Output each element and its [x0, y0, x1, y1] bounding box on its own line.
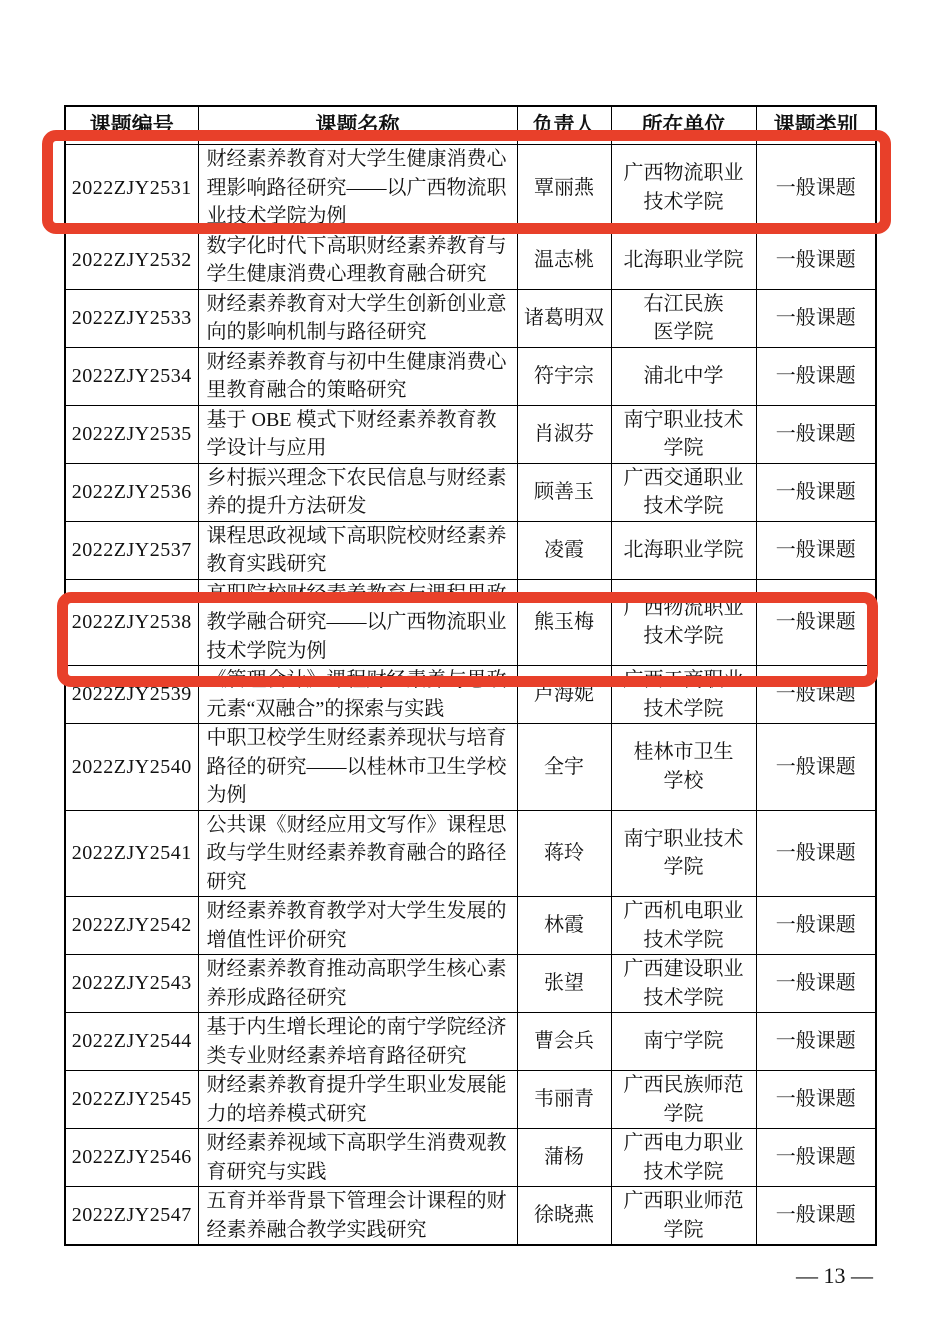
- unit-cell: 广西电力职业 技术学院: [611, 1129, 756, 1187]
- table-row: 2022ZJY2534 财经素养教育与初中生健康消费心里教育融合的策略研究 符宇…: [65, 347, 876, 405]
- project-id-cell: 2022ZJY2531: [65, 145, 198, 232]
- category-cell: 一般课题: [756, 1071, 876, 1129]
- project-title-cell: 财经素养教育与初中生健康消费心里教育融合的策略研究: [198, 347, 517, 405]
- table-row: 2022ZJY2542 财经素养教育教学对大学生发展的增值性评价研究 林霞 广西…: [65, 897, 876, 955]
- category-cell: 一般课题: [756, 289, 876, 347]
- project-id-cell: 2022ZJY2543: [65, 955, 198, 1013]
- table-row: 2022ZJY2544 基于内生增长理论的南宁学院经济类专业财经素养培育路径研究…: [65, 1013, 876, 1071]
- unit-cell: 广西工商职业 技术学院: [611, 666, 756, 724]
- project-id-cell: 2022ZJY2532: [65, 231, 198, 289]
- table-row: 2022ZJY2532 数字化时代下高职财经素养教育与学生健康消费心理教育融合研…: [65, 231, 876, 289]
- leader-cell: 卢海妮: [517, 666, 611, 724]
- unit-cell: 南宁职业技术 学院: [611, 810, 756, 897]
- category-cell: 一般课题: [756, 955, 876, 1013]
- unit-cell: 北海职业学院: [611, 231, 756, 289]
- leader-cell: 曹会兵: [517, 1013, 611, 1071]
- category-cell: 一般课题: [756, 724, 876, 811]
- unit-cell: 浦北中学: [611, 347, 756, 405]
- project-title-cell: 财经素养教育对大学生健康消费心理影响路径研究——以广西物流职业技术学院为例: [198, 145, 517, 232]
- leader-cell: 顾善玉: [517, 463, 611, 521]
- category-cell: 一般课题: [756, 897, 876, 955]
- table-row: 2022ZJY2539 《管理会计》课程财经素养与思政元素“双融合”的探索与实践…: [65, 666, 876, 724]
- unit-cell: 北海职业学院: [611, 521, 756, 579]
- category-cell: 一般课题: [756, 810, 876, 897]
- project-title-cell: 基于内生增长理论的南宁学院经济类专业财经素养培育路径研究: [198, 1013, 517, 1071]
- project-title-cell: 五育并举背景下管理会计课程的财经素养融合教学实践研究: [198, 1187, 517, 1246]
- table-row: 2022ZJY2545 财经素养教育提升学生职业发展能力的培养模式研究 韦丽青 …: [65, 1071, 876, 1129]
- table-row: 2022ZJY2531 财经素养教育对大学生健康消费心理影响路径研究——以广西物…: [65, 145, 876, 232]
- project-title-cell: 课程思政视域下高职院校财经素养教育实践研究: [198, 521, 517, 579]
- category-cell: 一般课题: [756, 1187, 876, 1246]
- leader-cell: 诸葛明双: [517, 289, 611, 347]
- unit-cell: 广西物流职业 技术学院: [611, 145, 756, 232]
- project-id-cell: 2022ZJY2541: [65, 810, 198, 897]
- category-cell: 一般课题: [756, 666, 876, 724]
- project-id-cell: 2022ZJY2533: [65, 289, 198, 347]
- unit-cell: 右江民族 医学院: [611, 289, 756, 347]
- leader-cell: 徐晓燕: [517, 1187, 611, 1246]
- unit-cell: 广西物流职业 技术学院: [611, 579, 756, 666]
- category-cell: 一般课题: [756, 231, 876, 289]
- unit-cell: 广西建设职业 技术学院: [611, 955, 756, 1013]
- unit-cell: 桂林市卫生 学校: [611, 724, 756, 811]
- project-title-cell: 乡村振兴理念下农民信息与财经素养的提升方法研发: [198, 463, 517, 521]
- unit-cell: 广西交通职业 技术学院: [611, 463, 756, 521]
- table-row: 2022ZJY2535 基于 OBE 模式下财经素养教育教学设计与应用 肖淑芬 …: [65, 405, 876, 463]
- category-cell: 一般课题: [756, 145, 876, 232]
- category-cell: 一般课题: [756, 1013, 876, 1071]
- category-cell: 一般课题: [756, 463, 876, 521]
- table-row: 2022ZJY2547 五育并举背景下管理会计课程的财经素养融合教学实践研究 徐…: [65, 1187, 876, 1246]
- project-id-cell: 2022ZJY2539: [65, 666, 198, 724]
- project-title-cell: 数字化时代下高职财经素养教育与学生健康消费心理教育融合研究: [198, 231, 517, 289]
- table-row: 2022ZJY2540 中职卫校学生财经素养现状与培育路径的研究——以桂林市卫生…: [65, 724, 876, 811]
- category-cell: 一般课题: [756, 579, 876, 666]
- category-cell: 一般课题: [756, 521, 876, 579]
- unit-cell: 广西职业师范 学院: [611, 1187, 756, 1246]
- project-title-cell: 中职卫校学生财经素养现状与培育路径的研究——以桂林市卫生学校为例: [198, 724, 517, 811]
- project-id-cell: 2022ZJY2540: [65, 724, 198, 811]
- project-id-cell: 2022ZJY2535: [65, 405, 198, 463]
- table-row: 2022ZJY2538 高职院校财经素养教育与课程思政教学融合研究——以广西物流…: [65, 579, 876, 666]
- project-title-cell: 财经素养教育推动高职学生核心素养形成路径研究: [198, 955, 517, 1013]
- project-id-cell: 2022ZJY2542: [65, 897, 198, 955]
- project-title-cell: 高职院校财经素养教育与课程思政教学融合研究——以广西物流职业技术学院为例: [198, 579, 517, 666]
- table-row: 2022ZJY2533 财经素养教育对大学生创新创业意向的影响机制与路径研究 诸…: [65, 289, 876, 347]
- unit-cell: 广西机电职业 技术学院: [611, 897, 756, 955]
- unit-cell: 南宁学院: [611, 1013, 756, 1071]
- project-id-cell: 2022ZJY2536: [65, 463, 198, 521]
- header-unit: 所在单位: [611, 106, 756, 145]
- header-category: 课题类别: [756, 106, 876, 145]
- project-title-cell: 《管理会计》课程财经素养与思政元素“双融合”的探索与实践: [198, 666, 517, 724]
- project-title-cell: 财经素养教育提升学生职业发展能力的培养模式研究: [198, 1071, 517, 1129]
- table-row: 2022ZJY2546 财经素养视域下高职学生消费观教育研究与实践 蒲杨 广西电…: [65, 1129, 876, 1187]
- unit-cell: 南宁职业技术 学院: [611, 405, 756, 463]
- leader-cell: 全宇: [517, 724, 611, 811]
- project-title-cell: 财经素养教育对大学生创新创业意向的影响机制与路径研究: [198, 289, 517, 347]
- project-id-cell: 2022ZJY2544: [65, 1013, 198, 1071]
- leader-cell: 林霞: [517, 897, 611, 955]
- leader-cell: 张望: [517, 955, 611, 1013]
- header-leader: 负责人: [517, 106, 611, 145]
- project-id-cell: 2022ZJY2547: [65, 1187, 198, 1246]
- project-id-cell: 2022ZJY2534: [65, 347, 198, 405]
- project-id-cell: 2022ZJY2538: [65, 579, 198, 666]
- project-list-table: 课题编号 课题名称 负责人 所在单位 课题类别 2022ZJY2531 财经素养…: [64, 105, 877, 1246]
- table-row: 2022ZJY2543 财经素养教育推动高职学生核心素养形成路径研究 张望 广西…: [65, 955, 876, 1013]
- category-cell: 一般课题: [756, 347, 876, 405]
- leader-cell: 覃丽燕: [517, 145, 611, 232]
- project-title-cell: 财经素养教育教学对大学生发展的增值性评价研究: [198, 897, 517, 955]
- category-cell: 一般课题: [756, 1129, 876, 1187]
- project-title-cell: 公共课《财经应用文写作》课程思政与学生财经素养教育融合的路径研究: [198, 810, 517, 897]
- leader-cell: 蒲杨: [517, 1129, 611, 1187]
- category-cell: 一般课题: [756, 405, 876, 463]
- leader-cell: 肖淑芬: [517, 405, 611, 463]
- leader-cell: 熊玉梅: [517, 579, 611, 666]
- table-row: 2022ZJY2541 公共课《财经应用文写作》课程思政与学生财经素养教育融合的…: [65, 810, 876, 897]
- project-id-cell: 2022ZJY2546: [65, 1129, 198, 1187]
- header-project-id: 课题编号: [65, 106, 198, 145]
- project-title-cell: 基于 OBE 模式下财经素养教育教学设计与应用: [198, 405, 517, 463]
- header-project-title: 课题名称: [198, 106, 517, 145]
- page-number: — 13 —: [796, 1263, 873, 1289]
- table-header-row: 课题编号 课题名称 负责人 所在单位 课题类别: [65, 106, 876, 145]
- leader-cell: 温志桃: [517, 231, 611, 289]
- project-title-cell: 财经素养视域下高职学生消费观教育研究与实践: [198, 1129, 517, 1187]
- project-id-cell: 2022ZJY2537: [65, 521, 198, 579]
- leader-cell: 凌霞: [517, 521, 611, 579]
- unit-cell: 广西民族师范 学院: [611, 1071, 756, 1129]
- leader-cell: 符宇宗: [517, 347, 611, 405]
- leader-cell: 韦丽青: [517, 1071, 611, 1129]
- table-row: 2022ZJY2536 乡村振兴理念下农民信息与财经素养的提升方法研发 顾善玉 …: [65, 463, 876, 521]
- leader-cell: 蒋玲: [517, 810, 611, 897]
- table-row: 2022ZJY2537 课程思政视域下高职院校财经素养教育实践研究 凌霞 北海职…: [65, 521, 876, 579]
- project-id-cell: 2022ZJY2545: [65, 1071, 198, 1129]
